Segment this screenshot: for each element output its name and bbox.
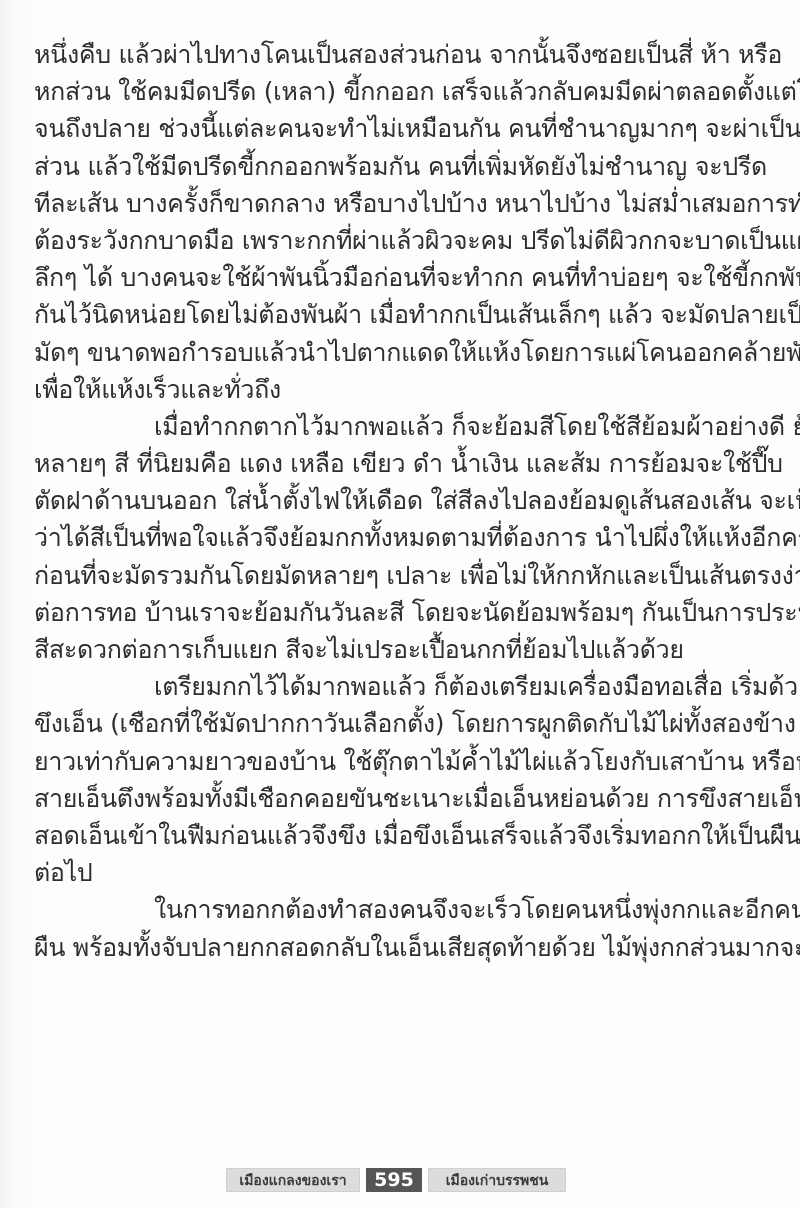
text-line: ต่อไป	[34, 854, 767, 891]
footer-section-title: เมืองเก่าบรรพชน	[428, 1168, 566, 1192]
text-line: หนึ่งคืบ แล้วผ่าไปทางโคนเป็นสองส่วนก่อน …	[34, 36, 767, 73]
body-text: หนึ่งคืบ แล้วผ่าไปทางโคนเป็นสองส่วนก่อน …	[34, 36, 767, 966]
text-line: ว่าได้สีเป็นที่พอใจแล้วจึงย้อมกกทั้งหมดต…	[34, 519, 767, 556]
text-line: เพื่อให้แห้งเร็วและทั่วถึง	[34, 371, 767, 408]
text-line: ยาวเท่ากับความยาวของบ้าน ใช้ตุ๊กตาไม้ค้ำ…	[34, 743, 767, 780]
text-line: เมื่อทำกกตากไว้มากพอแล้ว ก็จะย้อมสีโดยใช…	[34, 408, 767, 445]
text-line: ขึงเอ็น (เชือกที่ใช้มัดปากกาวันเลือกตั้ง…	[34, 705, 767, 742]
text-line: กันไว้นิดหน่อยโดยไม่ต้องพันผ้า เมื่อทำกก…	[34, 296, 767, 333]
page-number: 595	[366, 1168, 422, 1192]
text-line: ตัดฝาด้านบนออก ใส่น้ำตั้งไฟให้เดือด ใส่ส…	[34, 482, 767, 519]
text-line: จนถึงปลาย ช่วงนี้แต่ละคนจะทำไม่เหมือนกัน…	[34, 110, 767, 147]
text-line: ในการทอกกต้องทำสองคนจึงจะเร็วโดยคนหนึ่งพ…	[34, 891, 767, 928]
text-line: สายเอ็นตึงพร้อมทั้งมีเชือกคอยขันชะเนาะเม…	[34, 780, 767, 817]
text-line: สีสะดวกต่อการเก็บแยก สีจะไม่เปรอะเปื้อนก…	[34, 631, 767, 668]
text-line: ลึกๆ ได้ บางคนจะใช้ผ้าพันนิ้วมือก่อนที่จ…	[34, 259, 767, 296]
text-line: ต้องระวังกกบาดมือ เพราะกกที่ผ่าแล้วผิวจะ…	[34, 222, 767, 259]
text-line: ผืน พร้อมทั้งจับปลายกกสอดกลับในเอ็นเสียส…	[34, 929, 767, 966]
book-page: หนึ่งคืบ แล้วผ่าไปทางโคนเป็นสองส่วนก่อน …	[0, 0, 800, 1208]
text-line: ทีละเส้น บางครั้งก็ขาดกลาง หรือบางไปบ้าง…	[34, 185, 767, 222]
text-line: ก่อนที่จะมัดรวมกันโดยมัดหลายๆ เปลาะ เพื่…	[34, 557, 767, 594]
text-line: เตรียมกกไว้ได้มากพอแล้ว ก็ต้องเตรียมเครื…	[34, 668, 767, 705]
text-line: หลายๆ สี ที่นิยมคือ แดง เหลือ เขียว ดำ น…	[34, 445, 767, 482]
text-line: หกส่วน ใช้คมมีดปรีด (เหลา) ขี้กกออก เสร็…	[34, 73, 767, 110]
text-line: มัดๆ ขนาดพอกำรอบแล้วนำไปตากแดดให้แห้งโดย…	[34, 334, 767, 371]
footer-book-title: เมืองแกลงของเรา	[226, 1168, 360, 1192]
page-footer: เมืองแกลงของเรา 595 เมืองเก่าบรรพชน	[226, 1168, 566, 1192]
text-line: ต่อการทอ บ้านเราจะย้อมกันวันละสี โดยจะนั…	[34, 594, 767, 631]
text-line: ส่วน แล้วใช้มีดปรีดขี้กกออกพร้อมกัน คนที…	[34, 148, 767, 185]
text-line: สอดเอ็นเข้าในฟืมก่อนแล้วจึงขึง เมื่อขึงเ…	[34, 817, 767, 854]
